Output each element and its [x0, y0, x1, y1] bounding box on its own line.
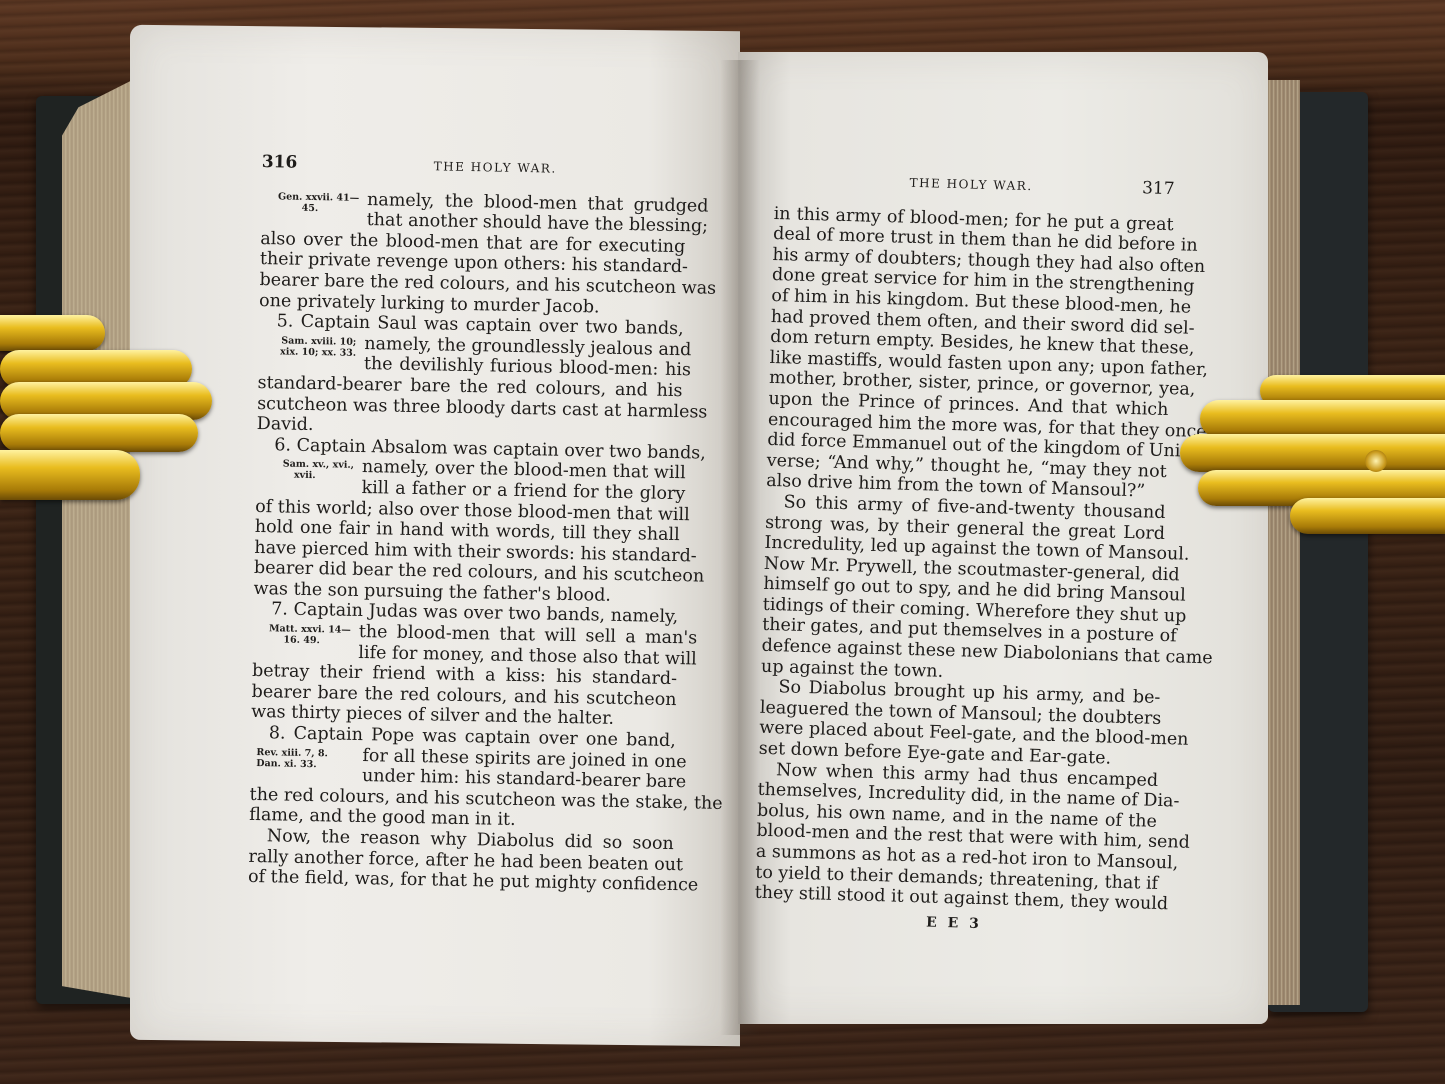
running-title: THE HOLY WAR.: [909, 173, 1033, 197]
paragraph: So Diabolus brought up his army, and be-…: [758, 677, 1160, 771]
marginal-reference: Sam. xv., xvi., xvii.: [255, 455, 362, 498]
right-page-text: THE HOLY WAR. 317 in this army of blood-…: [754, 168, 1175, 939]
page-number: 317: [1142, 178, 1175, 199]
marginal-reference: Sam. xviii. 10; xix. 10; xx. 33.: [258, 332, 365, 375]
paragraph: So this army of five-and-twenty thousand…: [761, 492, 1166, 688]
running-title: THE HOLY WAR.: [434, 156, 557, 179]
paragraph: in this army of blood-men; for he put a …: [766, 204, 1174, 503]
marginal-reference: Matt. xxvi. 14— 16. 49.: [252, 620, 359, 663]
gold-hand-right-icon: [1170, 350, 1445, 535]
ring-icon: [1365, 450, 1387, 472]
left-page-text: 316 THE HOLY WAR. Gen. xxvii. 41— 45. na…: [248, 152, 687, 896]
marginal-reference: Rev. xiii. 7, 8. Dan. xi. 33.: [250, 744, 363, 787]
paragraph: Now when this army had thus encamped the…: [754, 759, 1158, 914]
gold-hand-left-icon: [0, 310, 220, 510]
marginal-reference: Gen. xxvii. 41— 45.: [261, 188, 368, 231]
page-number: 316: [262, 152, 298, 173]
